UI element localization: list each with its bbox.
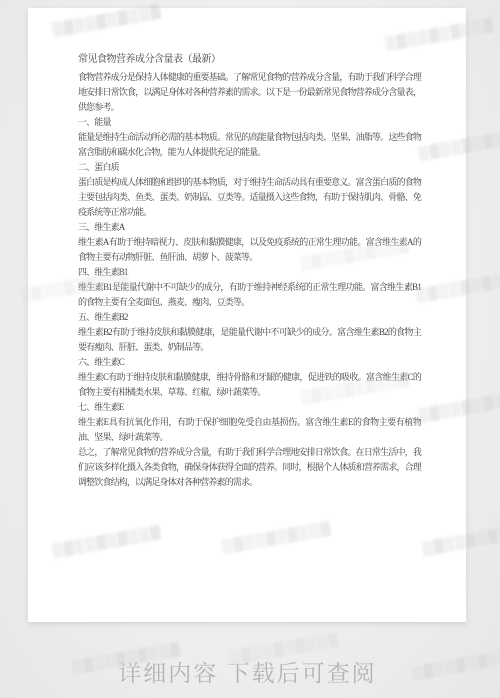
document-page: 常见食物营养成分含量表（最新） 食物营养成分是保持人体健康的重要基础。了解常见食… [28,8,466,622]
doc-paragraph: 维生素B1是能量代谢中不可缺少的成分，有助于维持神经系统的正常生理功能。富含维生… [78,280,421,310]
doc-heading: 四、维生素B1 [78,265,421,280]
doc-heading: 七、维生素E [78,400,421,415]
doc-heading: 二、蛋白质 [78,160,421,175]
doc-paragraph: 维生素B2有助于维持皮肤和黏膜健康，是能量代谢中不可缺少的成分。富含维生素B2的… [78,325,421,355]
doc-paragraph: 维生素C有助于维持皮肤和黏膜健康，维持骨骼和牙龈的健康，促进铁的吸收。富含维生素… [78,370,421,400]
document-title: 常见食物营养成分含量表（最新） [78,52,421,67]
preview-canvas: 常见食物营养成分含量表（最新） 食物营养成分是保持人体健康的重要基础。了解常见食… [0,0,500,698]
doc-heading: 五、维生素B2 [78,310,421,325]
doc-paragraph: 维生素A有助于维持暗视力、皮肤和黏膜健康，以及免疫系统的正常生理功能。富含维生素… [78,235,421,265]
doc-paragraph: 能量是维持生命活动所必需的基本物质。常见的高能量食物包括肉类、坚果、油脂等。这些… [78,130,421,160]
doc-paragraph: 总之，了解常见食物的营养成分含量，有助于我们科学合理地安排日常饮食。在日常生活中… [78,445,421,490]
doc-heading: 三、维生素A [78,220,421,235]
download-hint-text: 详细内容 下载后可查阅 [0,655,495,688]
doc-paragraph: 蛋白质是构成人体细胞和组织的基本物质，对于维持生命活动具有重要意义。富含蛋白质的… [78,175,421,220]
doc-heading: 一、能量 [78,115,421,130]
doc-paragraph: 食物营养成分是保持人体健康的重要基础。了解常见食物的营养成分含量，有助于我们科学… [78,70,421,115]
document-body: 食物营养成分是保持人体健康的重要基础。了解常见食物的营养成分含量，有助于我们科学… [78,70,421,490]
doc-heading: 六、维生素C [78,355,421,370]
doc-paragraph: 维生素E具有抗氧化作用，有助于保护细胞免受自由基损伤。富含维生素E的食物主要有植… [78,415,421,445]
